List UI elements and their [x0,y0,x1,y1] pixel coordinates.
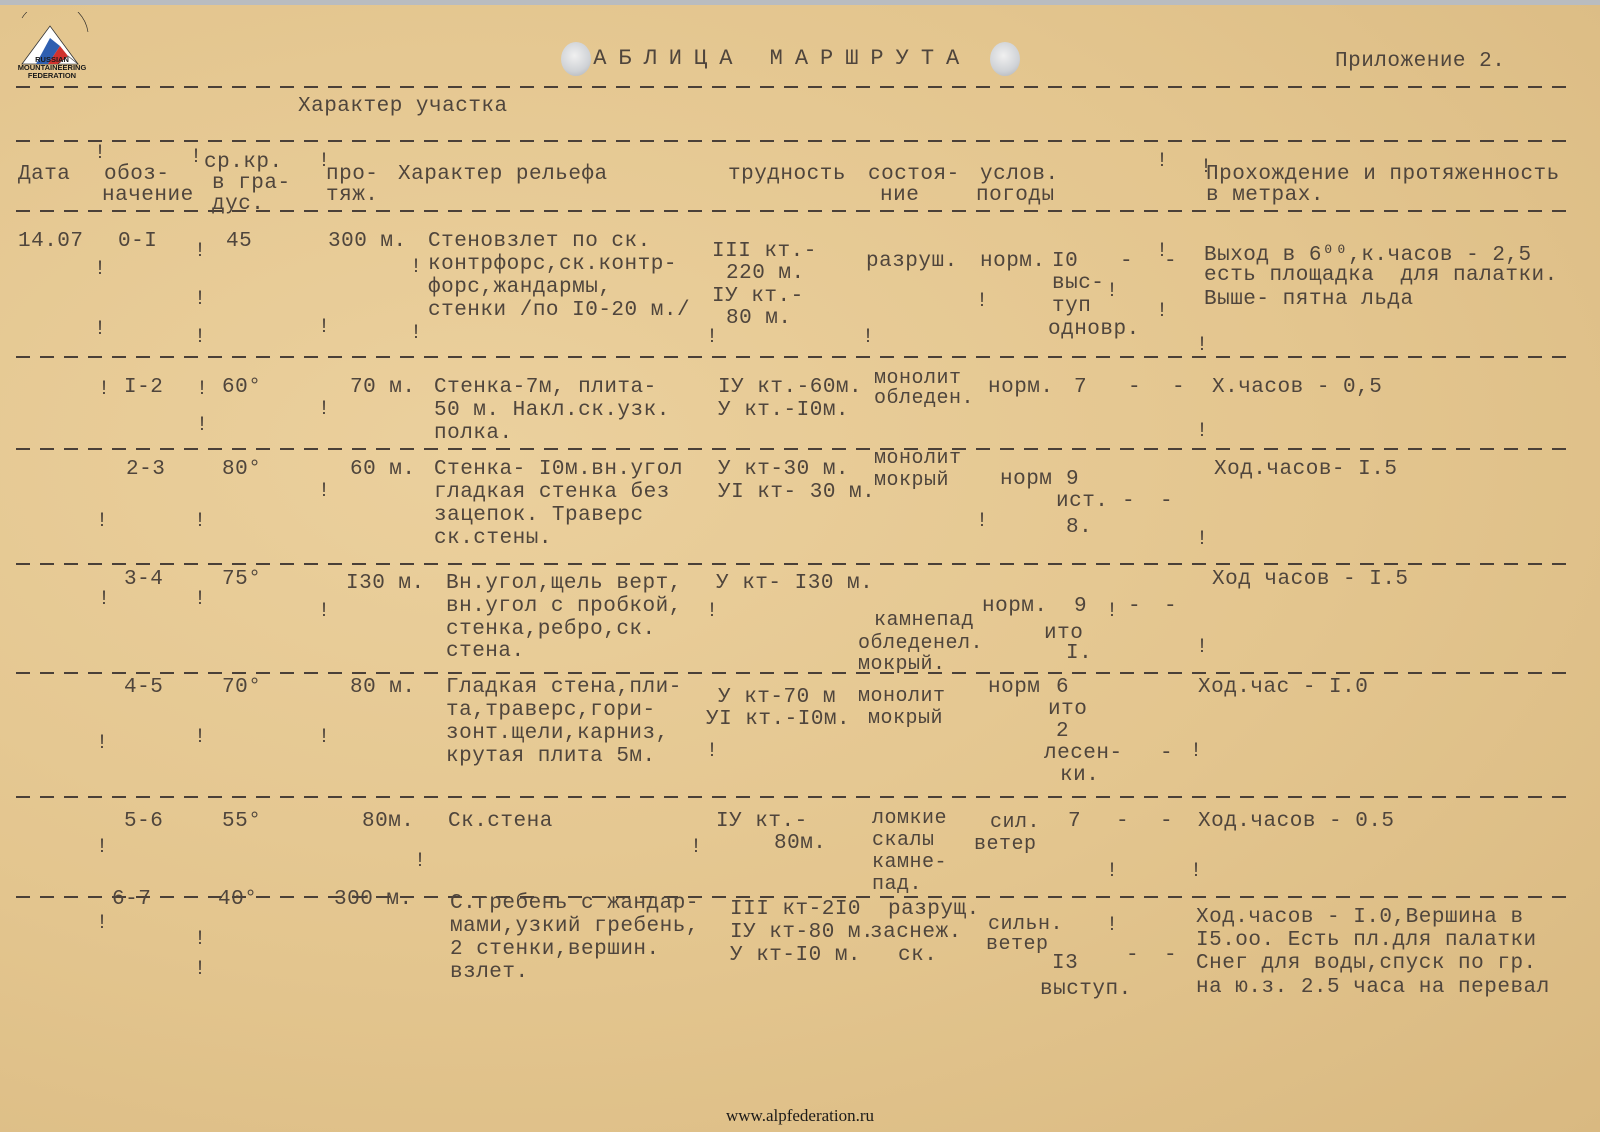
cell-extra-1: - [1128,595,1141,618]
separator-mark: ! [410,256,422,279]
cell-difficulty: IУ кт.- [716,810,808,833]
col-condition-1: состоя- [868,163,960,186]
cell-extra-2: - [1160,810,1173,833]
separator-mark: ! [194,240,206,263]
separator-mark: ! [94,318,106,341]
cell-condition: ломкие [872,808,947,830]
cell-slope: 60° [222,376,261,399]
cell-condition-line: камне- [872,852,947,874]
cell-passage: Ход.часов- I.5 [1214,458,1397,481]
cell-passage-line: есть площадка для палатки. [1204,264,1558,287]
cell-difficulty-line: 220 м. [726,262,805,285]
cell-difficulty: III кт.- [712,240,817,263]
col-difficulty: трудность [728,163,846,186]
cell-condition-line: обледенел. [858,633,983,655]
cell-relief-line: 2 стенки,вершин. [450,938,660,961]
separator-mark: ! [318,398,330,421]
col-slope-1: ср.кр. [204,151,283,174]
separator-mark: ! [1156,300,1168,323]
punch-hole-left [561,42,591,76]
separator-mark: ! [194,288,206,311]
separator-mark: ! [706,740,718,763]
cell-relief-line: крутая плита 5м. [446,745,656,768]
cell-hooks-line: 8. [1066,516,1092,539]
cell-condition-line: мокрый. [858,654,946,676]
rule-row-3 [16,563,1576,565]
cell-relief: Стенка- I0м.вн.угол [434,458,683,481]
cell-length: 300 м. [328,230,407,253]
separator-mark: ! [196,414,208,437]
separator-mark: ! [194,588,206,611]
cell-difficulty: У кт- I30 м. [716,572,873,595]
cell-slope: 75° [222,568,261,591]
cell-difficulty: У кт-30 м. [718,458,849,481]
cell-relief: Гладкая стена,пли- [446,676,682,699]
separator-mark: ! [1190,860,1202,883]
cell-extra-1: - [1122,490,1135,513]
cell-difficulty: У кт-70 м [718,686,836,709]
cell-hooks: I3 [1052,952,1078,975]
cell-condition: монолит [858,686,946,708]
separator-mark: ! [1196,334,1208,357]
cell-slope: 80° [222,458,261,481]
cell-designation: 2-3 [126,458,165,481]
col-relief: Характер рельефа [398,163,608,186]
rule-top [16,86,1576,88]
cell-difficulty-line: 80м. [774,832,826,855]
col-date: Дата [18,163,70,186]
separator-mark: ! [96,510,108,533]
cell-passage: Ход.часов - I.0,Вершина в [1196,906,1524,929]
separator-mark: ! [96,836,108,859]
cell-difficulty: IУ кт.-60м. [718,376,862,399]
separator-mark: ! [318,600,330,623]
cell-relief-line: стенка,ребро,ск. [446,618,656,641]
separator-mark: ! [706,326,718,349]
cell-passage-line: на ю.з. 2.5 часа на перевал [1196,976,1550,999]
col-designation-2: начение [102,184,194,207]
cell-relief-line: вн.угол с пробкой, [446,595,682,618]
col-condition-2: ние [880,184,919,207]
separator-mark: ! [194,510,206,533]
cell-extra-2: - [1160,490,1173,513]
cell-extra-2: - [1160,742,1173,765]
footer-url[interactable]: www.alpfederation.ru [0,1106,1600,1126]
rule-row-4 [16,672,1576,674]
separator-mark: ! [976,510,988,533]
cell-slope: 70° [222,676,261,699]
col-length-2: тяж. [326,184,378,207]
separator-mark: ! [96,732,108,755]
separator-mark: ! [194,958,206,981]
cell-extra-2: - [1172,376,1185,399]
separator-mark: ! [196,378,208,401]
cell-condition: разрущ. [888,898,980,921]
cell-difficulty-line: 80 м. [726,307,792,330]
separator-mark: ! [194,326,206,349]
cell-extra-2: - [1164,595,1177,618]
cell-hooks-line: ки. [1060,764,1099,787]
cell-designation: 4-5 [124,676,163,699]
cell-passage-line: I5.oo. Есть пл.для палатки [1196,929,1537,952]
cell-difficulty-line: УI кт- 30 м. [718,481,875,504]
rule-row-5 [16,796,1576,798]
cell-relief-line: взлет. [450,961,529,984]
separator-mark: ! [414,850,426,873]
cell-weather: сил. [990,812,1040,834]
separator-mark: ! [318,316,330,339]
cell-length: 70 м. [350,376,416,399]
separator-mark: ! [1200,156,1212,179]
cell-passage-line: Выше- пятна льда [1204,288,1414,311]
col-passage-1: Прохождение и протяженность [1206,163,1560,186]
separator-mark: ! [98,588,110,611]
separator-mark: ! [194,928,206,951]
separator-mark: ! [1106,914,1118,937]
cell-difficulty-line: У кт-I0 м. [730,944,861,967]
rule-row-1 [16,356,1576,358]
separator-mark: ! [318,726,330,749]
separator-mark: ! [190,146,202,169]
cell-condition-line: мокрый [874,470,949,492]
cell-relief-line: полка. [434,422,513,445]
cell-condition-line: заснеж. [870,921,962,944]
cell-weather: норм. [982,595,1048,618]
cell-condition-line: ск. [898,944,937,967]
cell-slope: 45 [226,230,252,253]
cell-slope: 55° [222,810,261,833]
cell-extra-1: - [1126,944,1139,967]
cell-extra-1: - [1128,376,1141,399]
cell-hooks-line: 2 [1056,720,1069,743]
separator-mark: ! [1106,600,1118,623]
col-designation-1: обоз- [104,163,170,186]
cell-relief-line: 50 м. Накл.ск.узк. [434,399,670,422]
separator-mark: ! [690,836,702,859]
cell-hooks: 7 [1074,376,1087,399]
cell-difficulty: III кт-2I0 [730,898,861,921]
cell-condition: камнепад [874,610,974,632]
cell-passage: Ход.часов - 0.5 [1198,810,1395,833]
cell-hooks-line: ито [1048,698,1087,721]
cell-length: I30 м. [346,572,425,595]
cell-relief: Стенка-7м, плита- [434,376,657,399]
cell-relief: С.гребень с жандар- [450,892,699,915]
cell-length: 60 м. [350,458,416,481]
cell-extra-2: - [1164,944,1177,967]
punch-hole-right [990,42,1020,76]
cell-length: 300 м. [334,888,413,911]
cell-hooks-line: одновр. [1048,318,1140,341]
cell-passage: Ход часов - I.5 [1212,568,1409,591]
separator-mark: ! [1196,636,1208,659]
cell-difficulty-line: IУ кт.- [712,285,804,308]
rule-row-2 [16,448,1576,450]
cell-hooks-line: выс- [1052,272,1104,295]
col-passage-2: в метрах. [1206,184,1324,207]
col-slope-3: дус. [212,193,264,216]
cell-relief-line: мами,узкий гребень, [450,915,699,938]
cell-relief-line: зонт.щели,карниз, [446,722,669,745]
cell-hooks: 9 [1074,595,1087,618]
cell-difficulty-line: УI кт.-I0м. [706,708,850,731]
cell-designation: 0-I [118,230,157,253]
cell-relief: Стеновзлет по ск. [428,230,651,253]
cell-difficulty-line: У кт.-I0м. [718,399,849,422]
cell-hooks: 7 [1068,810,1081,833]
cell-hooks-line: I. [1066,642,1092,665]
cell-date: 14.07 [18,230,84,253]
col-weather-2: погоды [976,184,1055,207]
separator-mark: ! [318,480,330,503]
page-title: ТАБЛИЦА МАРШРУТА [568,47,971,70]
cell-relief-line: зацепок. Траверс [434,504,644,527]
cell-difficulty-line: IУ кт-80 м. [730,921,874,944]
cell-relief-line: контрфорс,ск.контр- [428,253,677,276]
cell-designation: I-2 [124,376,163,399]
cell-length: 80м. [362,810,414,833]
cell-relief: Вн.угол,щель верт, [446,572,682,595]
scan-top-edge [0,0,1600,5]
logo-line-3: FEDERATION [6,72,98,80]
cell-condition: разруш. [866,250,958,273]
cell-length: 80 м. [350,676,416,699]
cell-weather: норм. [988,376,1054,399]
cell-relief-line: форс,жандармы, [428,276,611,299]
cell-weather-line: ветер [986,934,1049,956]
cell-hooks: 6 [1056,676,1069,699]
cell-condition-line: пад. [872,874,922,896]
separator-mark: ! [318,150,330,173]
cell-weather: норм. [980,250,1046,273]
cell-hooks-line: лесен- [1044,742,1123,765]
cell-condition-line: мокрый [868,708,943,730]
cell-weather-line: ветер [974,834,1037,856]
cell-designation: 5-6 [124,810,163,833]
separator-mark: ! [1156,150,1168,173]
col-length-1: про- [326,163,378,186]
col-weather-1: услов. [980,163,1059,186]
separator-mark: ! [94,142,106,165]
cell-condition-line: обледен. [874,388,974,410]
cell-weather: норм [1000,468,1052,491]
cell-slope: 40° [218,888,257,911]
rule-header-top [16,140,1576,142]
cell-relief-line: ск.стены. [434,527,552,550]
separator-mark: ! [862,326,874,349]
cell-extra-1: - [1116,810,1129,833]
separator-mark: ! [1196,528,1208,551]
separator-mark: ! [98,378,110,401]
cell-relief-line: та,траверс,гори- [446,699,656,722]
separator-mark: ! [976,290,988,313]
cell-passage: Х.часов - 0,5 [1212,376,1382,399]
cell-relief-line: гладкая стенка без [434,481,670,504]
cell-passage: Ход.час - I.0 [1198,676,1368,699]
cell-relief: Ск.стена [448,810,553,833]
cell-extra-1: - [1120,250,1133,273]
cell-relief-line: стена. [446,640,525,663]
cell-weather: норм [988,676,1040,699]
cell-hooks-line: ист. [1056,490,1108,513]
separator-mark: ! [94,258,106,281]
separator-mark: ! [1156,240,1168,263]
cell-condition-line: скалы [872,830,935,852]
cell-hooks-line: выступ. [1040,978,1132,1001]
separator-mark: ! [1106,860,1118,883]
separator-mark: ! [410,322,422,345]
group-header: Характер участка [298,95,508,118]
separator-mark: ! [1196,420,1208,443]
separator-mark: ! [96,912,108,935]
separator-mark: ! [706,600,718,623]
col-slope-2: в гра- [212,172,291,195]
cell-hooks: 9 [1066,468,1079,491]
cell-hooks-line: туп [1052,295,1091,318]
cell-hooks: I0 [1052,250,1078,273]
cell-condition: монолит [874,448,962,470]
cell-passage-line: Снег для воды,спуск по гр. [1196,952,1537,975]
separator-mark: ! [1190,740,1202,763]
cell-designation: 6-7 [112,888,151,911]
separator-mark: ! [194,726,206,749]
separator-mark: ! [1106,280,1118,303]
cell-designation: 3-4 [124,568,163,591]
appendix-label: Приложение 2. [1335,50,1505,73]
cell-relief-line: стенки /по I0-20 м./ [428,299,690,322]
